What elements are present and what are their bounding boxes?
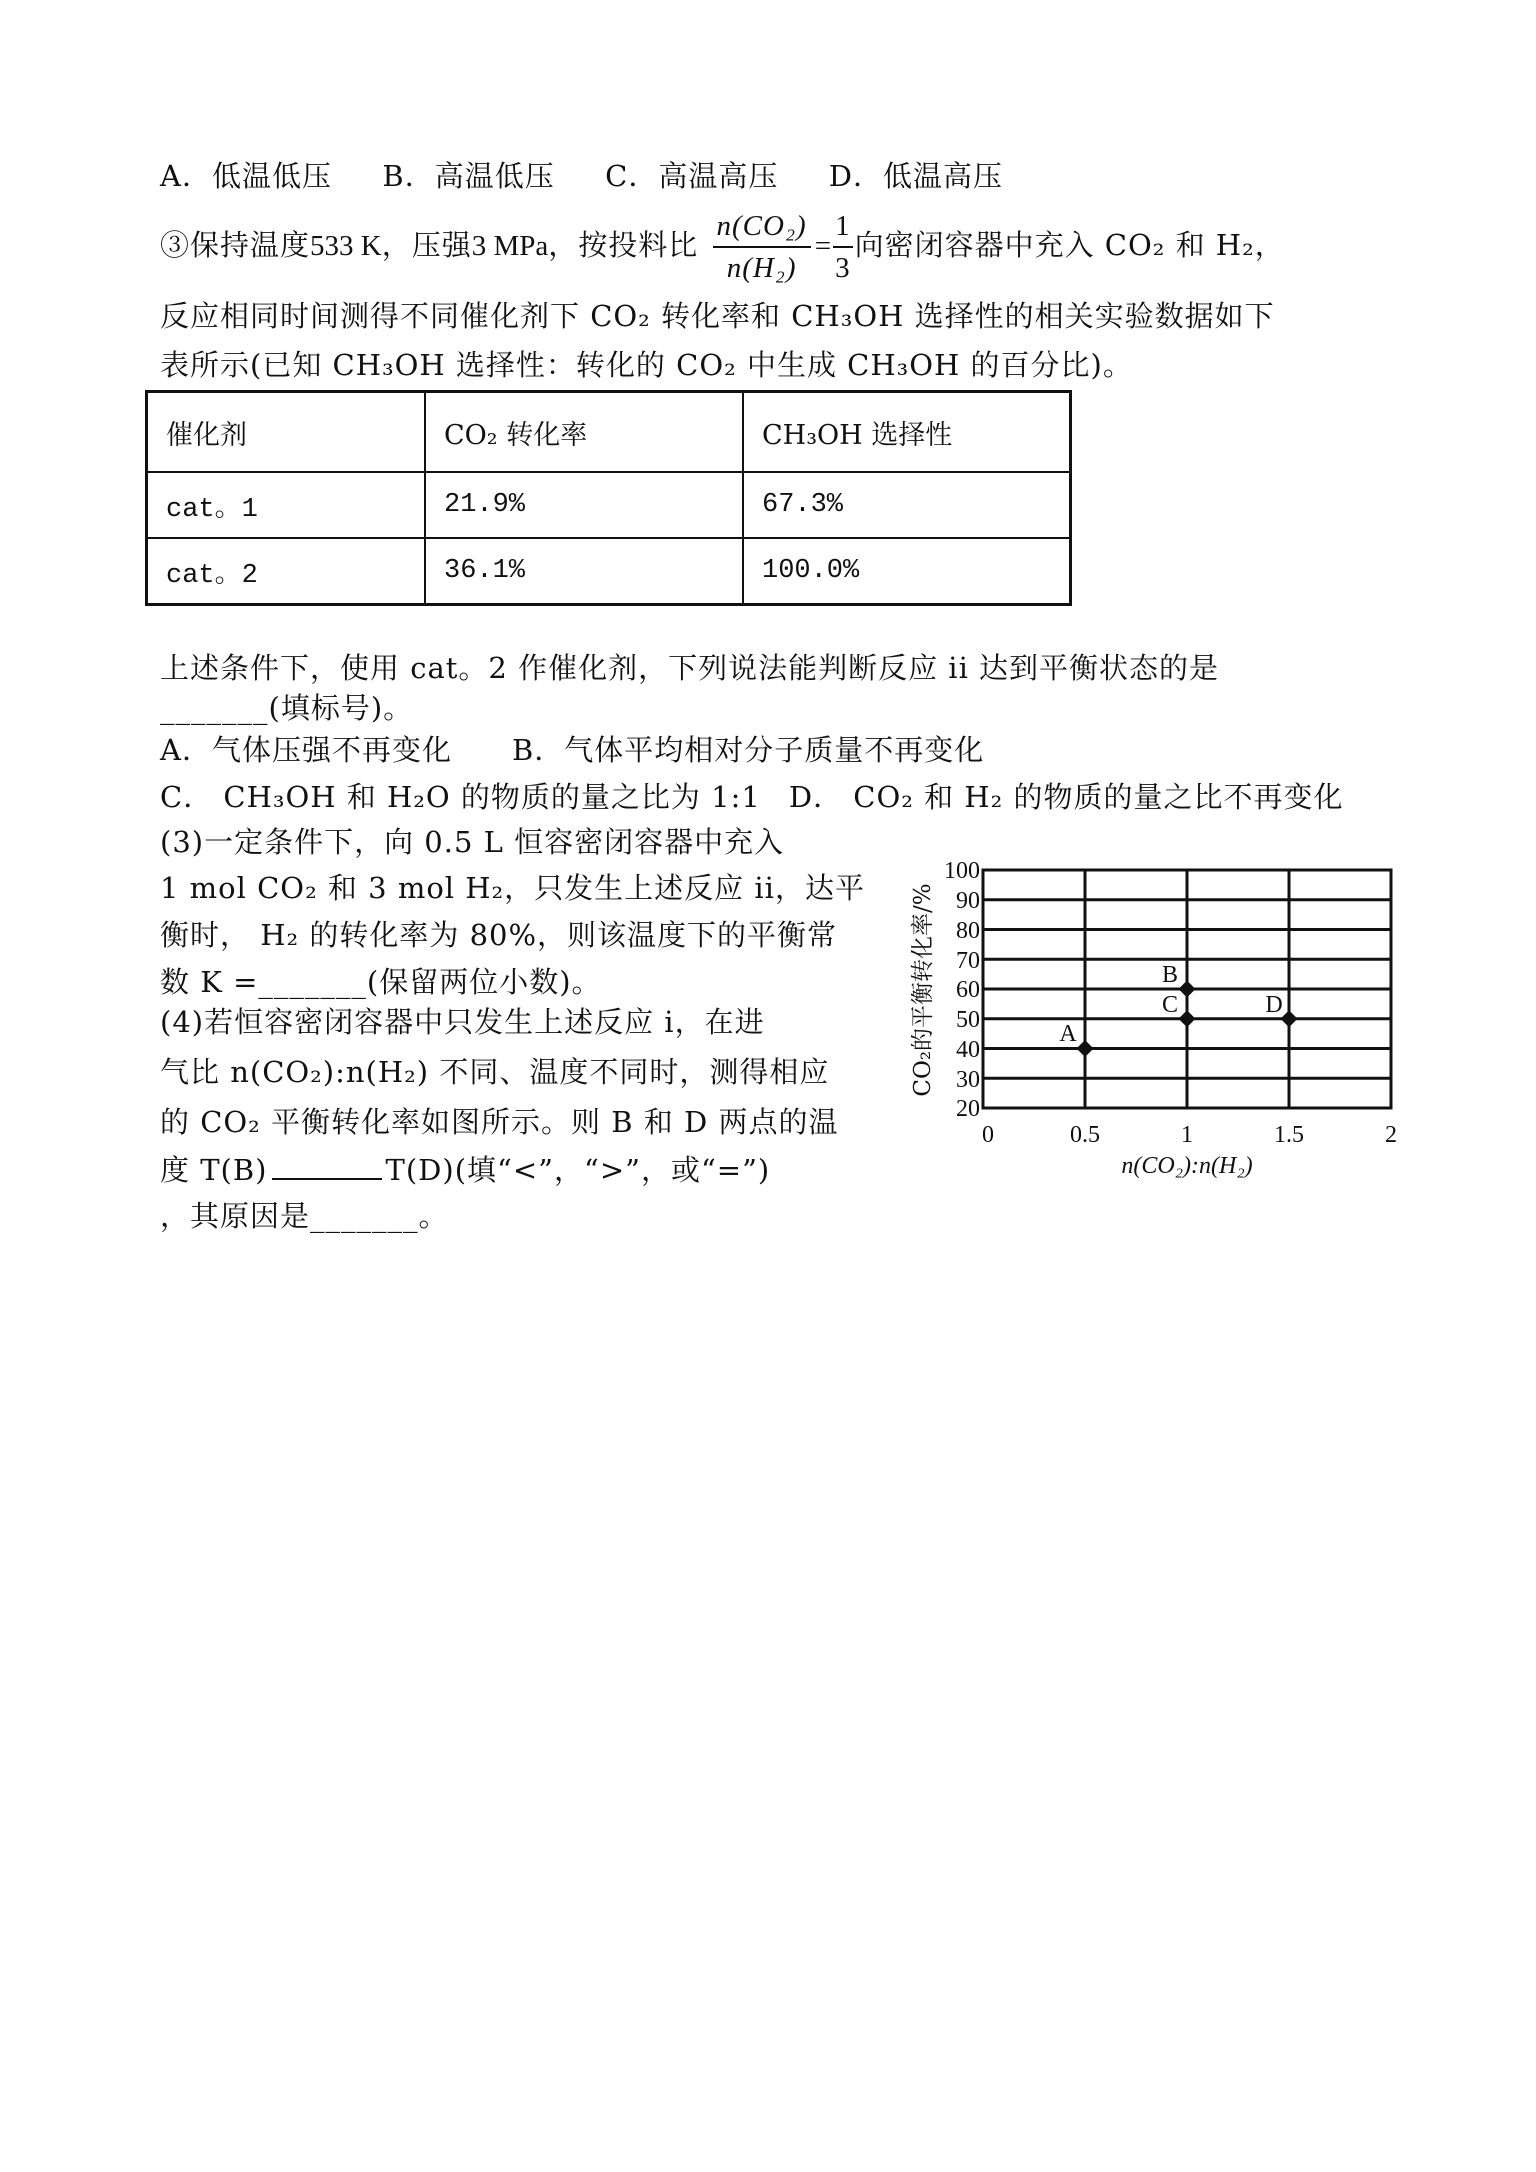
cell-conversion: 21.9% [425,472,743,538]
table-row: cat。2 36.1% 100.0% [147,538,1071,605]
header-catalyst: 催化剂 [147,392,426,473]
equals-sign: = [815,230,831,262]
ratio-denominator: 3 [833,248,853,288]
point-labels: A B C D [1059,962,1282,1047]
y-tick-100: 100 [944,858,980,884]
x-tick-2: 2 [1385,1122,1397,1148]
cell-conversion: 36.1% [425,538,743,605]
cell-catalyst: cat。2 [147,538,426,605]
point-A-label: A [1059,1021,1077,1047]
equilibrium-question-line2: _______(填标号)。 [160,688,413,728]
point-D-label: D [1265,992,1282,1018]
point-C-marker [1179,1010,1196,1027]
point-A-marker [1077,1040,1094,1057]
y-tick-labels: 100 90 80 70 60 50 40 30 20 [944,858,980,1122]
x-axis-label: n(CO₂):n(H₂) [1121,1153,1252,1179]
catalyst-data-table: 催化剂 CO₂ 转化率 CH₃OH 选择性 cat。1 21.9% 67.3% … [145,390,1072,606]
x-tick-0: 0 [982,1122,994,1148]
y-axis-label: CO₂的平衡转化率/% [910,883,936,1096]
temperature-value: 533 K [310,230,382,262]
part3-line1: (3)一定条件下，向 0.5 L 恒容密闭容器中充入 [160,822,784,862]
options-row-temperature-pressure: A．低温低压 B．高温低压 C．高温高压 D．低温高压 [160,156,1003,196]
ratio-numerator: 1 [833,206,853,248]
temp-B-label: 度 T(B) [160,1153,268,1187]
point-B-marker [1179,981,1196,998]
q3-sep1: ，压强 [382,228,472,262]
ratio-fraction: 1 3 [833,206,853,288]
q3-suffix: 向密闭容器中充入 CO₂ 和 H₂， [855,228,1285,262]
y-tick-60: 60 [956,977,980,1003]
table-header-row: 催化剂 CO₂ 转化率 CH₃OH 选择性 [147,392,1071,473]
x-tick-1: 1 [1181,1122,1193,1148]
eq-option-D: D． CO₂ 和 H₂ 的物质的量之比不再变化 [789,780,1344,814]
part3-line4: 数 K =_______(保留两位小数)。 [160,962,602,1002]
part4-line1: (4)若恒容密闭容器中只发生上述反应 i，在进 [160,1002,765,1042]
header-co2-conversion: CO₂ 转化率 [425,392,743,473]
cell-catalyst: cat。1 [147,472,426,538]
pressure-value: 3 MPa [472,230,549,262]
q3-sep2: ，按投料比 [548,228,698,262]
table-row: cat。1 21.9% 67.3% [147,472,1071,538]
part4-line4: 度 T(B)T(D)(填“<”，“>”，或“=”) [160,1150,770,1190]
fraction-denominator: n(H₂) [713,248,811,288]
equilibrium-options-CD: C． CH₃OH 和 H₂O 的物质的量之比为 1:1D． CO₂ 和 H₂ 的… [160,777,1343,817]
y-tick-30: 30 [956,1067,980,1093]
x-tick-labels: 0 0.5 1 1.5 2 [982,1122,1397,1148]
y-tick-90: 90 [956,888,980,914]
part3-line2: 1 mol CO₂ 和 3 mol H₂，只发生上述反应 ii，达平 [160,868,865,908]
part3-line3: 衡时， H₂ 的转化率为 80%，则该温度下的平衡常 [160,915,837,955]
option-B: B．高温低压 [382,159,554,193]
option-D: D．低温高压 [829,159,1003,193]
part4-line3: 的 CO₂ 平衡转化率如图所示。则 B 和 D 两点的温 [160,1102,838,1142]
header-ch3oh-selectivity: CH₃OH 选择性 [743,392,1071,473]
point-C-label: C [1162,992,1178,1018]
x-tick-1.5: 1.5 [1274,1122,1304,1148]
fraction-numerator: n(CO₂) [713,206,811,248]
point-D-marker [1281,1010,1298,1027]
cell-selectivity: 67.3% [743,472,1071,538]
y-tick-50: 50 [956,1007,980,1033]
chart-svg: 100 90 80 70 60 50 40 30 20 0 0.5 1 1.5 … [900,855,1420,1215]
option-C: C．高温高压 [605,159,778,193]
x-tick-0.5: 0.5 [1070,1122,1100,1148]
temp-D-label: T(D)(填“<”，“>”，或“=”) [386,1153,771,1187]
y-tick-20: 20 [956,1096,980,1122]
co2-conversion-chart: 100 90 80 70 60 50 40 30 20 0 0.5 1 1.5 … [900,855,1420,1215]
equilibrium-question-line1: 上述条件下，使用 cat。2 作催化剂，下列说法能判断反应 ii 达到平衡状态的… [160,648,1219,688]
point-B-label: B [1162,962,1178,988]
part4-line2: 气比 n(CO₂):n(H₂) 不同、温度不同时，测得相应 [160,1052,829,1092]
eq-option-B: B．气体平均相对分子质量不再变化 [512,733,984,767]
y-tick-40: 40 [956,1037,980,1063]
equilibrium-options-AB: A．气体压强不再变化B．气体平均相对分子质量不再变化 [160,730,984,770]
paragraph-line-2: 反应相同时间测得不同催化剂下 CO₂ 转化率和 CH₃OH 选择性的相关实验数据… [160,296,1275,336]
option-A: A．低温低压 [160,159,332,193]
eq-option-C: C． CH₃OH 和 H₂O 的物质的量之比为 1:1 [160,780,761,814]
feed-ratio-fraction: n(CO₂) n(H₂) [713,206,811,288]
paragraph-line-3: 表所示(已知 CH₃OH 选择性：转化的 CO₂ 中生成 CH₃OH 的百分比)… [160,345,1133,385]
part4-line5: ，其原因是_______。 [160,1196,449,1236]
q3-intro-line: ③保持温度533 K，压强3 MPa，按投料比 n(CO₂) n(H₂) = 1… [160,205,1285,288]
y-tick-80: 80 [956,918,980,944]
answer-blank [272,1152,382,1180]
q3-prefix: ③保持温度 [160,228,310,262]
y-tick-70: 70 [956,948,980,974]
eq-option-A: A．气体压强不再变化 [160,733,452,767]
cell-selectivity: 100.0% [743,538,1071,605]
